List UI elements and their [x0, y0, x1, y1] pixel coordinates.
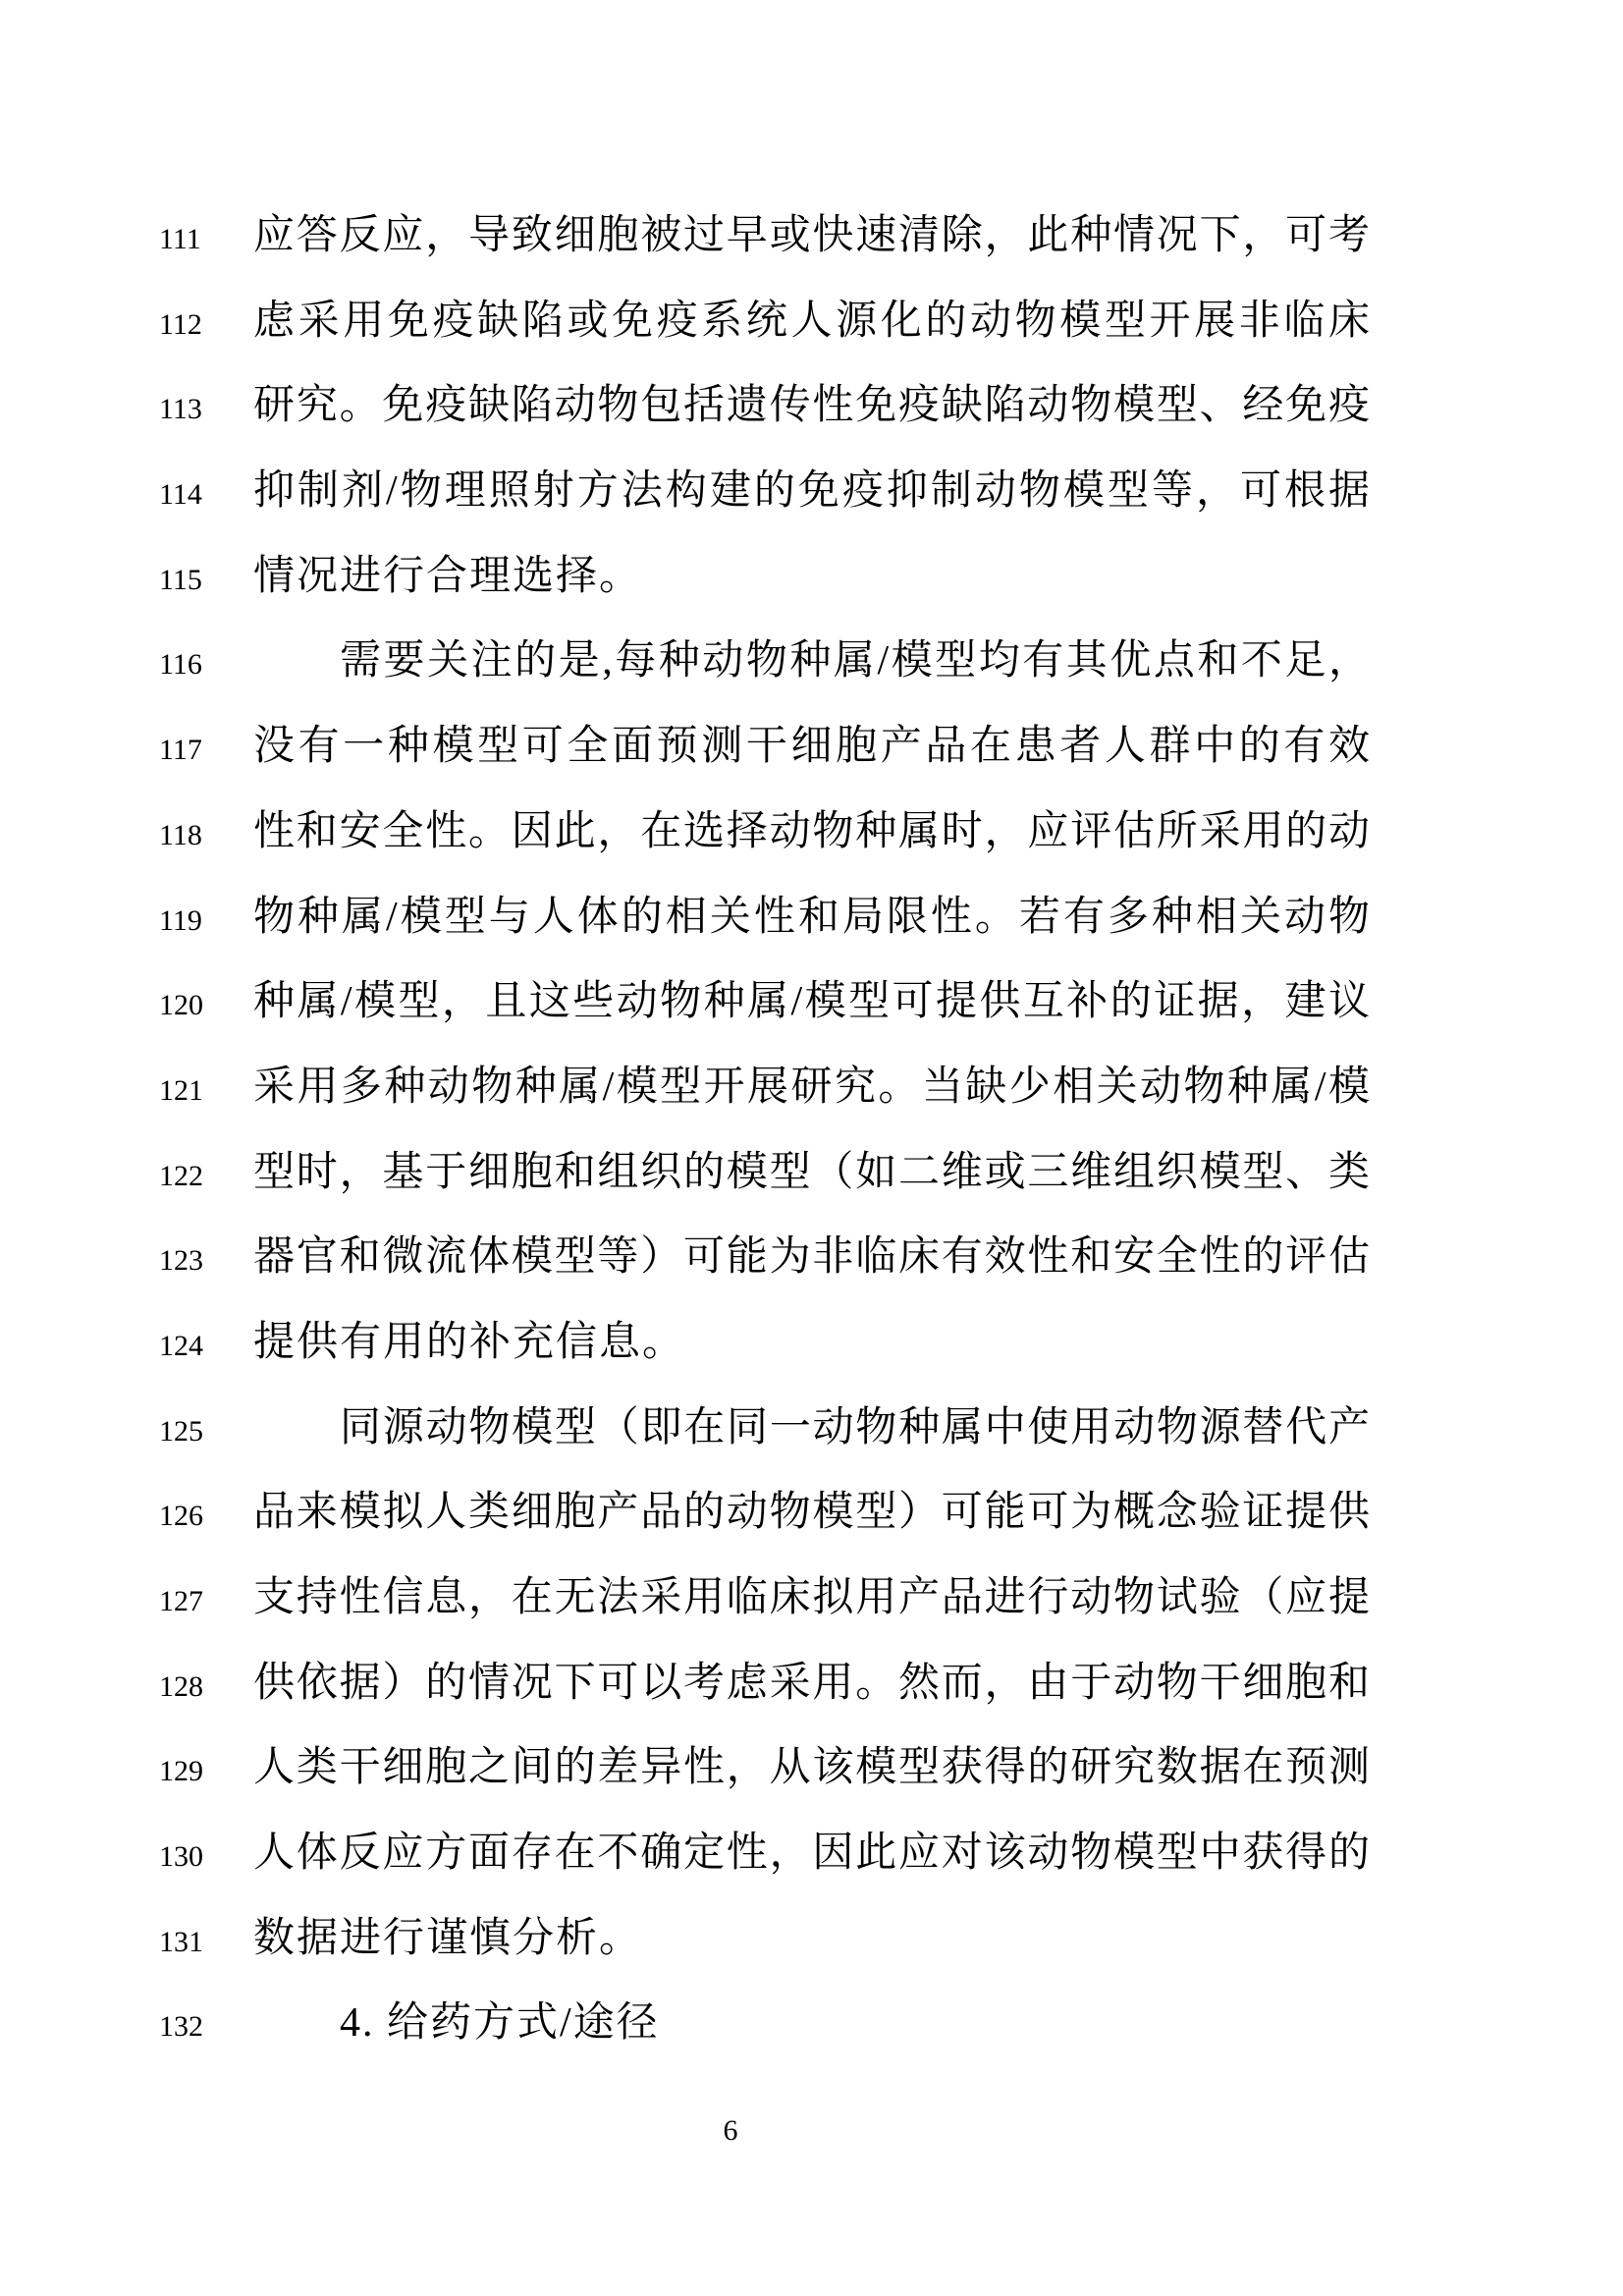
line-text: 性和安全性。因此，在选择动物种属时，应评估所采用的动: [253, 790, 1370, 875]
text-line: 122 型时，基于细胞和组织的模型（如二维或三维组织模型、类: [0, 1130, 1370, 1216]
line-number: 116: [159, 623, 253, 708]
line-number: 132: [159, 1985, 253, 2070]
line-number: 129: [159, 1729, 253, 1815]
page-number: 6: [681, 2113, 780, 2149]
line-number: 118: [159, 793, 253, 879]
line-text: 供依据）的情况下可以考虑采用。然而，由于动物干细胞和: [253, 1641, 1370, 1726]
line-number: 124: [159, 1304, 253, 1390]
line-text: 提供有用的补充信息。: [253, 1300, 1370, 1386]
line-text: 需要关注的是,每种动物种属/模型均有其优点和不足，: [253, 619, 1370, 704]
line-text: 没有一种模型可全面预测干细胞产品在患者人群中的有效: [253, 704, 1370, 790]
line-text: 支持性信息，在无法采用临床拟用产品进行动物试验（应提: [253, 1556, 1370, 1641]
line-number: 131: [159, 1900, 253, 1986]
text-line: 123 器官和微流体模型等）可能为非临床有效性和安全性的评估: [0, 1215, 1370, 1300]
line-number: 112: [159, 283, 253, 368]
line-text: 同源动物模型（即在同一动物种属中使用动物源替代产: [253, 1386, 1370, 1471]
line-text: 型时，基于细胞和组织的模型（如二维或三维组织模型、类: [253, 1130, 1370, 1216]
line-number: 123: [159, 1219, 253, 1304]
text-line: 126 品来模拟人类细胞产品的动物模型）可能可为概念验证提供: [0, 1470, 1370, 1556]
text-line: 113 研究。免疫缺陷动物包括遗传性免疫缺陷动物模型、经免疫: [0, 363, 1370, 449]
text-line: 125 同源动物模型（即在同一动物种属中使用动物源替代产: [0, 1386, 1370, 1471]
line-text: 器官和微流体模型等）可能为非临床有效性和安全性的评估: [253, 1215, 1370, 1300]
text-line: 121 采用多种动物种属/模型开展研究。当缺少相关动物种属/模: [0, 1045, 1370, 1130]
line-number: 120: [159, 963, 253, 1049]
text-line: 131 数据进行谨慎分析。: [0, 1896, 1370, 1982]
line-number: 119: [159, 879, 253, 964]
line-number: 113: [159, 367, 253, 453]
text-line: 129 人类干细胞之间的差异性，从该模型获得的研究数据在预测: [0, 1725, 1370, 1811]
line-number: 121: [159, 1049, 253, 1134]
line-number: 126: [159, 1474, 253, 1559]
line-number: 111: [159, 197, 253, 283]
text-line: 116 需要关注的是,每种动物种属/模型均有其优点和不足，: [0, 619, 1370, 704]
line-number: 127: [159, 1559, 253, 1645]
text-line: 114 抑制剂/物理照射方法构建的免疫抑制动物模型等，可根据: [0, 449, 1370, 534]
line-text: 人体反应方面存在不确定性，因此应对该动物模型中获得的: [253, 1811, 1370, 1896]
line-text: 研究。免疫缺陷动物包括遗传性免疫缺陷动物模型、经免疫: [253, 363, 1370, 449]
section-heading: 4. 给药方式/途径: [253, 1981, 1370, 2066]
text-line: 115 情况进行合理选择。: [0, 534, 1370, 620]
line-number: 130: [159, 1815, 253, 1900]
text-line: 118 性和安全性。因此，在选择动物种属时，应评估所采用的动: [0, 790, 1370, 875]
document-body: 111 应答反应，导致细胞被过早或快速清除，此种情况下，可考 112 虑采用免疫…: [0, 193, 1370, 2066]
line-number: 128: [159, 1645, 253, 1730]
text-line: 117 没有一种模型可全面预测干细胞产品在患者人群中的有效: [0, 704, 1370, 790]
line-number: 125: [159, 1390, 253, 1475]
line-text: 数据进行谨慎分析。: [253, 1896, 1370, 1982]
text-line: 124 提供有用的补充信息。: [0, 1300, 1370, 1386]
text-line: 128 供依据）的情况下可以考虑采用。然而，由于动物干细胞和: [0, 1641, 1370, 1726]
line-text: 种属/模型，且这些动物种属/模型可提供互补的证据，建议: [253, 959, 1370, 1045]
line-text: 人类干细胞之间的差异性，从该模型获得的研究数据在预测: [253, 1725, 1370, 1811]
text-line: 127 支持性信息，在无法采用临床拟用产品进行动物试验（应提: [0, 1556, 1370, 1641]
line-text: 情况进行合理选择。: [253, 534, 1370, 620]
line-number: 114: [159, 453, 253, 538]
line-text: 品来模拟人类细胞产品的动物模型）可能可为概念验证提供: [253, 1470, 1370, 1556]
line-text: 物种属/模型与人体的相关性和局限性。若有多种相关动物: [253, 875, 1370, 960]
line-number: 122: [159, 1134, 253, 1220]
section-heading-line: 132 4. 给药方式/途径: [0, 1981, 1370, 2066]
text-line: 120 种属/模型，且这些动物种属/模型可提供互补的证据，建议: [0, 959, 1370, 1045]
text-line: 130 人体反应方面存在不确定性，因此应对该动物模型中获得的: [0, 1811, 1370, 1896]
line-number: 115: [159, 538, 253, 624]
line-text: 虑采用免疫缺陷或免疫系统人源化的动物模型开展非临床: [253, 279, 1370, 364]
text-line: 112 虑采用免疫缺陷或免疫系统人源化的动物模型开展非临床: [0, 279, 1370, 364]
text-line: 111 应答反应，导致细胞被过早或快速清除，此种情况下，可考: [0, 193, 1370, 279]
text-line: 119 物种属/模型与人体的相关性和局限性。若有多种相关动物: [0, 875, 1370, 960]
line-text: 应答反应，导致细胞被过早或快速清除，此种情况下，可考: [253, 193, 1370, 279]
line-text: 抑制剂/物理照射方法构建的免疫抑制动物模型等，可根据: [253, 449, 1370, 534]
line-number: 117: [159, 708, 253, 793]
document-page: 111 应答反应，导致细胞被过早或快速清除，此种情况下，可考 112 虑采用免疫…: [0, 0, 1623, 2296]
line-text: 采用多种动物种属/模型开展研究。当缺少相关动物种属/模: [253, 1045, 1370, 1130]
